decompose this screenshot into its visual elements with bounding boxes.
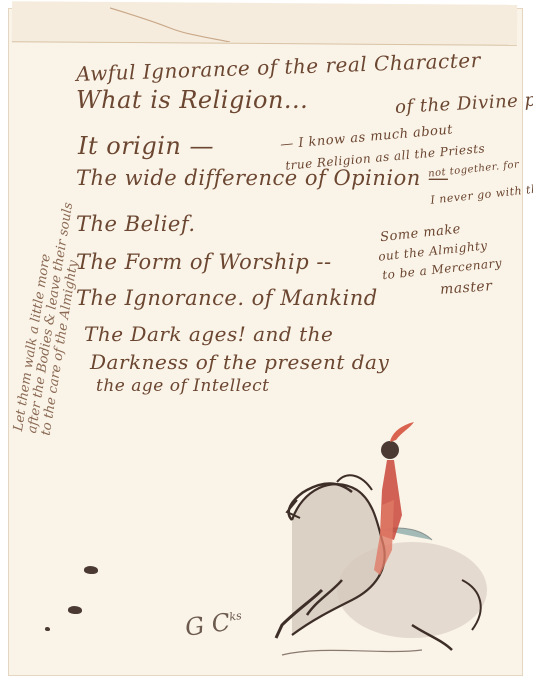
text-line-8: The Dark ages! and the xyxy=(84,322,333,346)
text-line-6: The Form of Worship -- xyxy=(76,250,332,274)
ink-blot-2 xyxy=(68,606,82,614)
text-line-10: the age of Intellect xyxy=(96,376,270,396)
ink-blot-3 xyxy=(45,627,50,631)
text-line-7: The Ignorance. of Mankind xyxy=(76,286,378,310)
text-line-5: The Belief. xyxy=(76,212,196,236)
folded-top-strip xyxy=(12,1,517,46)
text-line-9: Darkness of the present day xyxy=(90,350,389,374)
signature-suffix: ks xyxy=(228,609,242,624)
paper-tear-mark xyxy=(110,6,240,42)
text-line-2: What is Religion... xyxy=(76,86,308,114)
horseman-sketch-illustration xyxy=(262,420,502,670)
text-line-4: The wide difference of Opinion — xyxy=(76,166,449,190)
ink-blot-1 xyxy=(84,566,98,574)
